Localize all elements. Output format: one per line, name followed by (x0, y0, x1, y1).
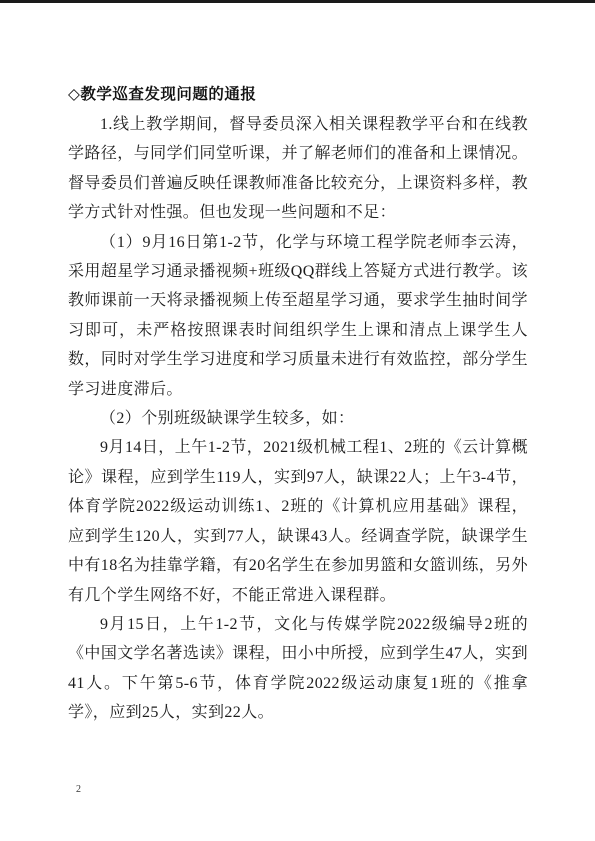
paragraph-sep14-absence-details: 9月14日，上午1-2节，2021级机械工程1、2班的《云计算概论》课程，应到学… (68, 433, 528, 609)
document-page: ◇教学巡查发现问题的通报 1.线上教学期间，督导委员深入相关课程教学平台和在线教… (0, 0, 595, 841)
document-title: ◇教学巡查发现问题的通报 (68, 80, 528, 110)
document-body: ◇教学巡查发现问题的通报 1.线上教学期间，督导委员深入相关课程教学平台和在线教… (68, 80, 528, 728)
paragraph-issue-2-heading: （2）个别班级缺课学生较多，如： (68, 404, 528, 433)
page-top-edge-rule (0, 0, 595, 3)
paragraph-intro: 1.线上教学期间，督导委员深入相关课程教学平台和在线教学路径，与同学们同堂听课，… (68, 110, 528, 228)
paragraph-sep15-absence-details: 9月15日，上午1-2节，文化与传媒学院2022级编导2班的《中国文学名著选读》… (68, 610, 528, 728)
paragraph-issue-1: （1）9月16日第1-2节，化学与环境工程学院老师李云涛，采用超星学习通录播视频… (68, 228, 528, 404)
page-number: 2 (76, 784, 81, 796)
